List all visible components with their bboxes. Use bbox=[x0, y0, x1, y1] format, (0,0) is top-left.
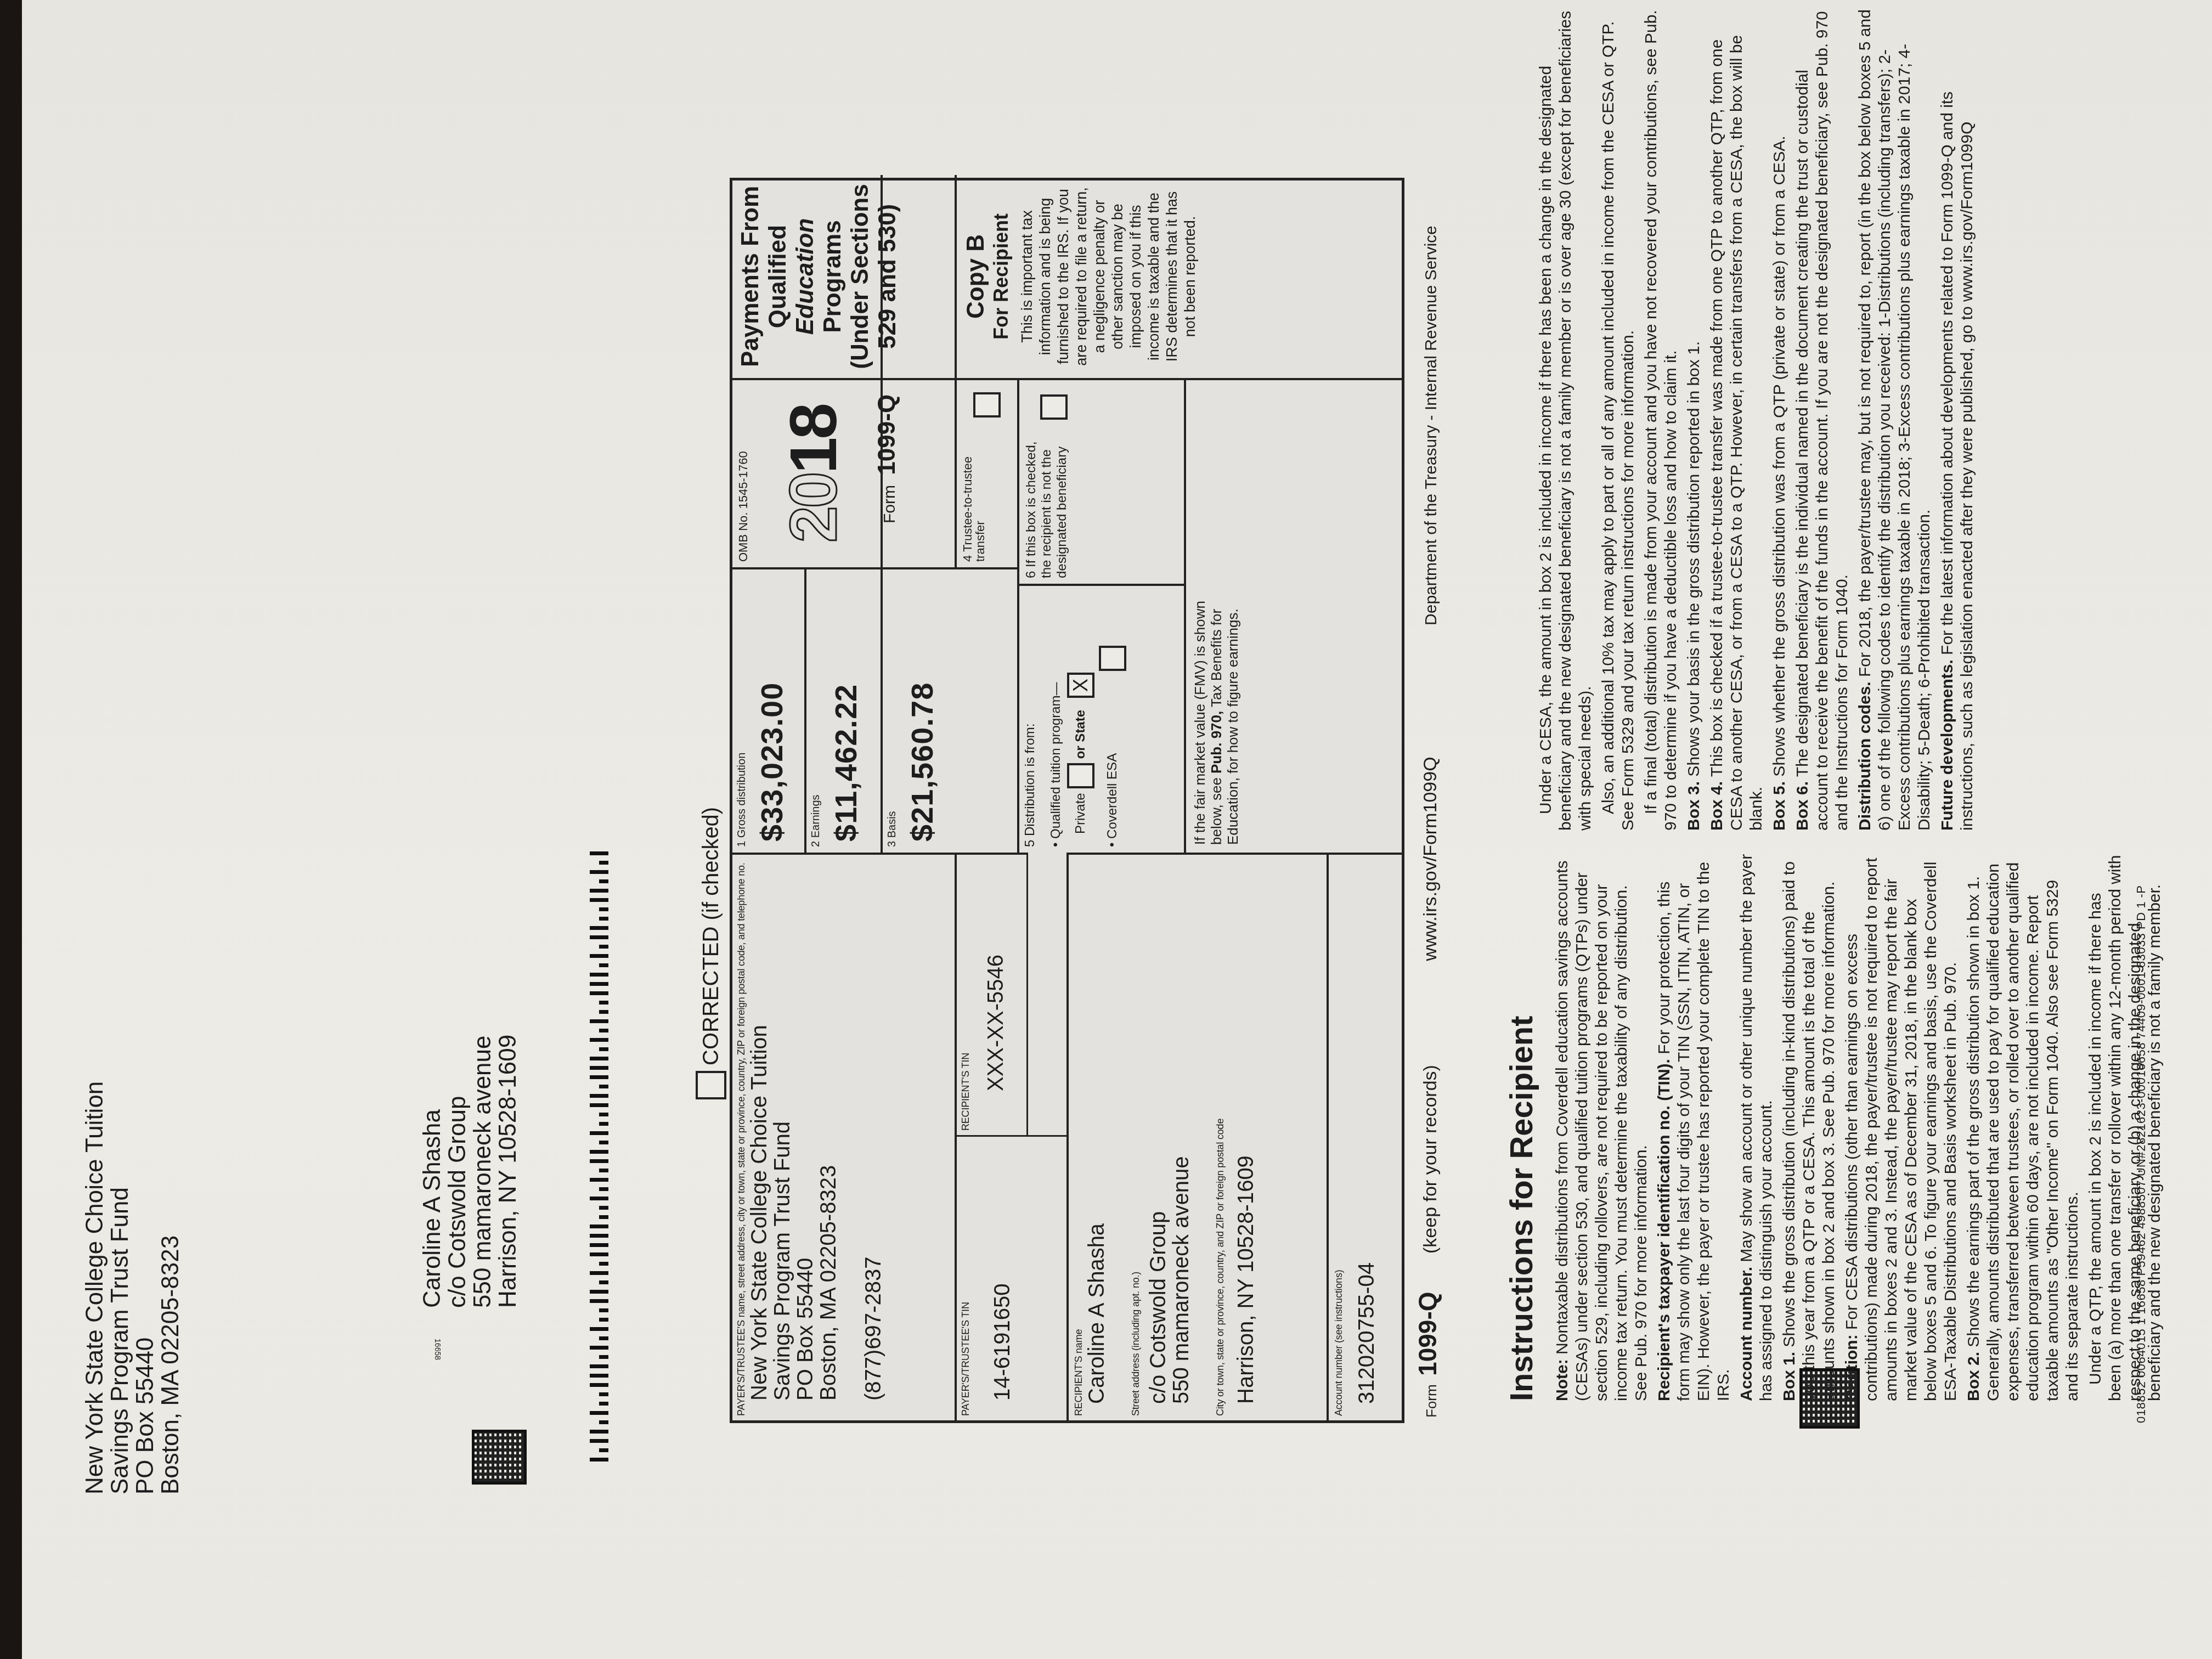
instruction-paragraph: Account number. May show an account or o… bbox=[1737, 853, 1776, 1401]
payer-line: PO Box 55440 bbox=[794, 855, 817, 1401]
sender-address: New York State College Choice Tuition Sa… bbox=[82, 1081, 183, 1494]
corrected-checkbox[interactable] bbox=[696, 1071, 726, 1099]
payer-tin-label: PAYER'S/TRUSTEE'S TIN bbox=[957, 1137, 974, 1420]
box5-private-checkbox[interactable] bbox=[1067, 763, 1094, 788]
box3-label: 3 Basis bbox=[883, 569, 902, 853]
recipient-line: c/o Cotswold Group bbox=[445, 1035, 470, 1308]
box5-coverdell-label: • Coverdell ESA bbox=[1105, 753, 1120, 847]
box5-state-checkbox[interactable]: X bbox=[1067, 673, 1094, 698]
recipient-name-label: RECIPIENT'S name bbox=[1069, 855, 1084, 1420]
copy-notice: This is important tax information and is… bbox=[1013, 175, 1205, 378]
instruction-heading: Box 2. bbox=[1965, 1352, 1983, 1401]
instruction-paragraph: Caution: For CESA distributions (other t… bbox=[1842, 853, 1961, 1401]
instruction-paragraph: Box 1. Shows the gross distribution (inc… bbox=[1780, 853, 1839, 1401]
instruction-paragraph: Also, an additional 10% tax may apply to… bbox=[1599, 8, 1638, 831]
street-address: c/o Cotswold Group 550 mamaroneck avenue bbox=[1141, 855, 1193, 1420]
title-line: Education bbox=[792, 175, 819, 378]
box4-checkbox[interactable] bbox=[973, 392, 1001, 417]
box6-not-beneficiary: 6 If this box is checked, the recipient … bbox=[1019, 378, 1184, 584]
instruction-heading: Recipient's taxpayer identification no. … bbox=[1655, 1059, 1673, 1401]
payer-cell: PAYER'S/TRUSTEE'S name, street address, … bbox=[732, 853, 955, 1420]
box5-qtp-label: • Qualified tuition program— bbox=[1041, 586, 1064, 853]
payer-line: New York State College Choice Tuition bbox=[748, 855, 771, 1401]
title-block: Payments From Qualified Education Progra… bbox=[732, 175, 955, 378]
copy-label: Copy B bbox=[957, 175, 990, 378]
datamatrix-code-icon bbox=[1799, 1368, 1860, 1429]
instruction-heading: Box 5. bbox=[1770, 781, 1788, 831]
instruction-paragraph: Box 5. Shows whether the gross distribut… bbox=[1770, 8, 1790, 831]
footer-form-number: 1099-Q bbox=[1413, 1291, 1442, 1375]
instruction-heading: Account number. bbox=[1737, 1267, 1756, 1401]
payer-tin: 14-6191650 bbox=[974, 1137, 1014, 1420]
sender-line: Boston, MA 02205-8323 bbox=[158, 1081, 183, 1494]
fmv-text-bold: Pub. 970, bbox=[1208, 711, 1224, 774]
title-line: Programs bbox=[819, 175, 847, 378]
street-line: c/o Cotswold Group bbox=[1147, 855, 1170, 1404]
paper-edge bbox=[0, 0, 22, 1659]
form-word: Form bbox=[881, 485, 899, 523]
instructions-column-2: Under a CESA, the amount in box 2 is inc… bbox=[1536, 8, 1980, 831]
instruction-paragraph: If a final (total) distribution is made … bbox=[1641, 8, 1681, 831]
account-label: Account number (see instructions) bbox=[1329, 855, 1348, 1420]
title-line: Qualified bbox=[764, 175, 792, 378]
recipient-mailing-address: Caroline A Shasha c/o Cotswold Group 550… bbox=[420, 1035, 521, 1308]
box2-value: $11,462.22 bbox=[826, 569, 864, 853]
form-number: 1099-Q bbox=[873, 394, 900, 475]
title-line: (Under Sections bbox=[847, 175, 874, 378]
box5-label: 5 Distribution is from: bbox=[1019, 586, 1041, 853]
payer-tin-cell: PAYER'S/TRUSTEE'S TIN 14-6191650 bbox=[957, 1135, 1066, 1420]
instructions-title: Instructions for Recipient bbox=[1503, 1015, 1540, 1401]
payer-phone: (877)697-2837 bbox=[840, 855, 885, 1420]
form-title: Payments From Qualified Education Progra… bbox=[732, 175, 901, 378]
box1-label: 1 Gross distribution bbox=[732, 569, 752, 853]
instruction-heading: Future developments. bbox=[1938, 659, 1956, 831]
form-id: Form 1099-Q bbox=[851, 380, 901, 567]
instruction-paragraph: Box 4. This box is checked if a trustee-… bbox=[1707, 8, 1767, 831]
recipient-tin: XXX-XX-5546 bbox=[974, 855, 1007, 1135]
form-1099q-document: New York State College Choice Tuition Sa… bbox=[0, 0, 2212, 1659]
tax-year: 2018 bbox=[776, 380, 851, 567]
title-line: Payments From bbox=[737, 175, 764, 378]
instruction-paragraph: Under a QTP, the amount in box 2 is incl… bbox=[2086, 853, 2165, 1401]
recipient-tin-cell: RECIPIENT'S TIN XXX-XX-5546 bbox=[957, 853, 1028, 1135]
box5-coverdell-row: • Coverdell ESA bbox=[1094, 586, 1126, 853]
box1-gross-distribution: 1 Gross distribution $33,023.00 bbox=[732, 567, 806, 853]
title-line: 529 and 530) bbox=[874, 175, 901, 378]
box5-private-label: Private bbox=[1073, 793, 1088, 834]
footer-url[interactable]: www.irs.gov/Form1099Q bbox=[1420, 757, 1441, 961]
city-label: City or town, state or province, country… bbox=[1193, 855, 1226, 1420]
box6-checkbox[interactable] bbox=[1040, 394, 1068, 420]
year-block: OMB No. 1545-1760 2018 Form 1099-Q bbox=[732, 378, 955, 567]
box5-distribution-from: 5 Distribution is from: • Qualified tuit… bbox=[1019, 584, 1184, 853]
instruction-heading: Box 3. bbox=[1685, 781, 1703, 831]
box6-label: 6 If this box is checked, the recipient … bbox=[1019, 436, 1074, 584]
recipient-cell: RECIPIENT'S name Caroline A Shasha Stree… bbox=[1069, 853, 1327, 1420]
instruction-heading: Distribution codes. bbox=[1856, 681, 1874, 831]
fmv-cell: If the fair market value (FMV) is shown … bbox=[1186, 378, 1403, 853]
sender-line: PO Box 55440 bbox=[133, 1081, 158, 1494]
box2-earnings: 2 Earnings $11,462.22 bbox=[806, 567, 881, 853]
sender-line: New York State College Choice Tuition bbox=[82, 1081, 108, 1494]
postal-barcode-icon bbox=[590, 851, 608, 1462]
copy-sub: For Recipient bbox=[990, 175, 1013, 378]
footer-tracking-codes: 018852 0064015 1 16658 P59462 4988507 UN… bbox=[2134, 885, 2148, 1424]
payer-line: Boston, MA 02205-8323 bbox=[817, 855, 840, 1401]
payer-line: Savings Program Trust Fund bbox=[771, 855, 794, 1401]
street-label: Street address (including apt. no.) bbox=[1108, 855, 1141, 1420]
copy-b-block: Copy B For Recipient This is important t… bbox=[957, 175, 1404, 378]
instruction-paragraph: Future developments. For the latest info… bbox=[1938, 8, 1977, 831]
instruction-heading: Box 4. bbox=[1708, 781, 1726, 831]
city-value: Harrison, NY 10528-1609 bbox=[1226, 855, 1257, 1420]
corrected-label: CORRECTED (if checked) bbox=[699, 807, 724, 1065]
footer-dept: Department of the Treasury - Internal Re… bbox=[1422, 225, 1440, 625]
payer-label: PAYER'S/TRUSTEE'S name, street address, … bbox=[732, 855, 747, 1420]
instruction-heading: Box 1. bbox=[1780, 1352, 1798, 1401]
street-line: 550 mamaroneck avenue bbox=[1170, 855, 1193, 1404]
datamatrix-code-icon bbox=[472, 1430, 527, 1485]
footer-keep: (keep for your records) bbox=[1420, 1065, 1441, 1254]
account-cell: Account number (see instructions) 312020… bbox=[1329, 853, 1403, 1420]
instruction-paragraph: Distribution codes. For 2018, the payer/… bbox=[1855, 8, 1934, 831]
sender-line: Savings Program Trust Fund bbox=[108, 1081, 133, 1494]
footer-form-word: Form bbox=[1423, 1384, 1440, 1418]
fmv-text: If the fair market value (FMV) is shown … bbox=[1186, 552, 1246, 853]
instructions-column-1: Note: Nontaxable distributions from Cove… bbox=[1553, 853, 2168, 1401]
tax-year-outline: 20 bbox=[777, 474, 850, 543]
form-footer: Form 1099-Q (keep for your records) www.… bbox=[1413, 225, 1442, 1418]
form-1099q: PAYER'S/TRUSTEE'S name, street address, … bbox=[730, 178, 1404, 1423]
instruction-paragraph: Box 6. The designated beneficiary is the… bbox=[1793, 8, 1852, 831]
recipient-line: 550 mamaroneck avenue bbox=[470, 1035, 495, 1308]
instruction-paragraph: Recipient's taxpayer identification no. … bbox=[1655, 853, 1734, 1401]
recipient-line: Harrison, NY 10528-1609 bbox=[495, 1035, 521, 1308]
box3-basis: 3 Basis $21,560.78 bbox=[883, 567, 1017, 853]
instruction-heading: Box 6. bbox=[1793, 781, 1812, 831]
box4-transfer: 4 Trustee-to-trustee transfer bbox=[957, 378, 1017, 567]
box5-coverdell-checkbox[interactable] bbox=[1099, 646, 1126, 671]
recipient-line: Caroline A Shasha bbox=[420, 1035, 445, 1308]
instruction-paragraph: Box 3. Shows your basis in the gross dis… bbox=[1684, 8, 1704, 831]
account-number: 312020755-04 bbox=[1348, 855, 1378, 1420]
box4-label: 4 Trustee-to-trustee transfer bbox=[957, 447, 991, 567]
omb-number: OMB No. 1545-1760 bbox=[732, 380, 754, 567]
instruction-heading: Note: bbox=[1553, 1359, 1571, 1401]
box3-value: $21,560.78 bbox=[902, 569, 940, 853]
box5-state-label: or State bbox=[1073, 710, 1088, 759]
instruction-paragraph: Note: Nontaxable distributions from Cove… bbox=[1553, 853, 1651, 1401]
payer-name-address: New York State College Choice Tuition Sa… bbox=[747, 855, 840, 1420]
tax-year-solid: 18 bbox=[777, 405, 850, 473]
recipient-tin-label: RECIPIENT'S TIN bbox=[957, 855, 974, 1135]
sort-code: 16658 bbox=[433, 1339, 442, 1360]
box2-label: 2 Earnings bbox=[806, 569, 826, 853]
instruction-paragraph: Under a CESA, the amount in box 2 is inc… bbox=[1536, 8, 1595, 831]
instruction-paragraph: Box 2. Shows the earnings part of the gr… bbox=[1964, 853, 2083, 1401]
corrected-checkbox-row: CORRECTED (if checked) bbox=[696, 807, 726, 1099]
box1-value: $33,023.00 bbox=[752, 569, 789, 853]
recipient-name: Caroline A Shasha bbox=[1084, 855, 1108, 1420]
box5-qtp-row: Private or State X bbox=[1064, 586, 1094, 853]
